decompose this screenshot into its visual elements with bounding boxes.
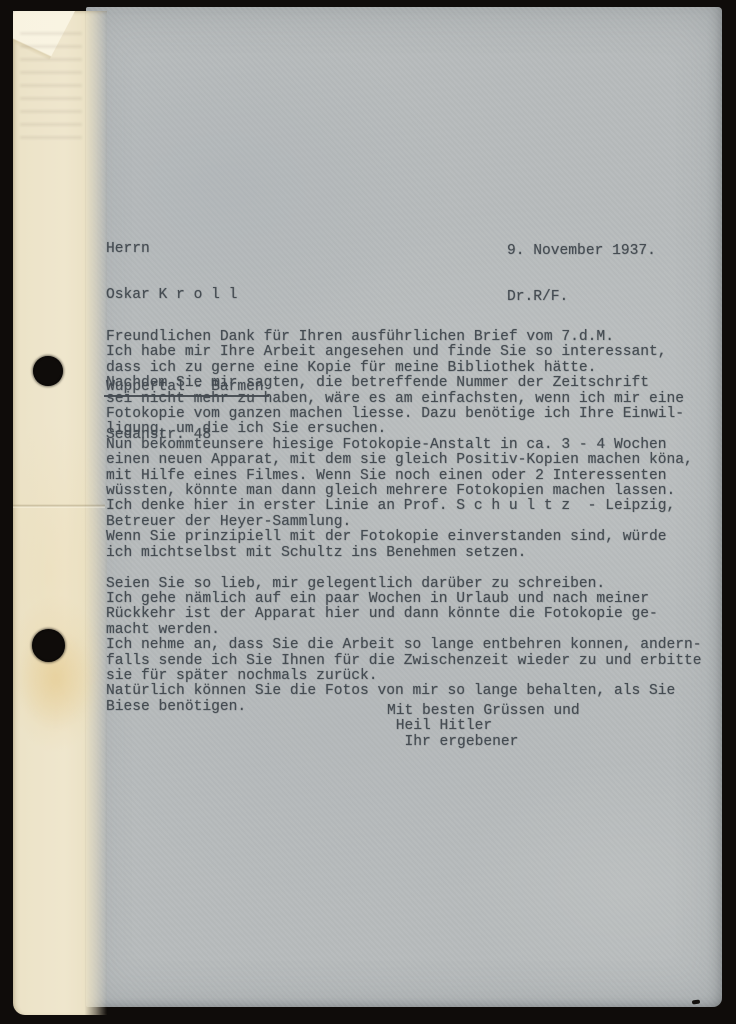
punch-hole-bottom bbox=[32, 629, 65, 662]
backing-strip bbox=[13, 11, 107, 1015]
scanned-letter-photo: Herrn Oskar K r o l l Wuppertal - Barmen… bbox=[0, 0, 736, 1024]
punch-hole-top bbox=[33, 356, 63, 386]
fold-crease bbox=[13, 504, 105, 508]
date-block: 9. November 1937. Dr.R/F. bbox=[507, 213, 656, 336]
recipient-name: Oskar K r o l l bbox=[106, 288, 269, 303]
ink-bleed-marks bbox=[20, 32, 82, 144]
dateline-reference: Dr.R/F. bbox=[507, 290, 656, 305]
recipient-salutation: Herrn bbox=[106, 242, 269, 257]
letter-body: Freundlichen Dank für Ihren ausführliche… bbox=[106, 330, 702, 715]
dateline-date: 9. November 1937. bbox=[507, 244, 656, 259]
closing-block: Mit besten Grüssen und Heil Hitler Ihr e… bbox=[387, 704, 580, 750]
